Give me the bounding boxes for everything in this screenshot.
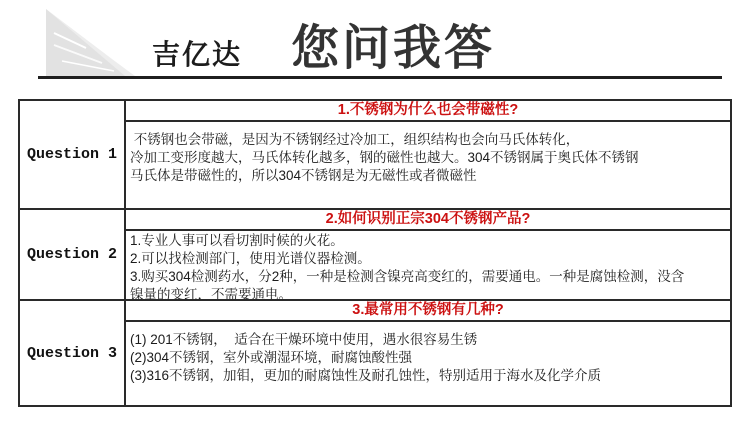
answer-line: 3.购买304检测药水，分2种，一种是检测含镍亮高变红的，需要通电。一种是腐蚀检… [130,268,726,286]
question-cell: 2.如何识别正宗304不锈钢产品? 1.专业人事可以看切割时候的火花。 2.可以… [126,210,730,299]
question-cell: 3.最常用不锈钢有几种? (1) 201不锈钢， 适合在干燥环境中使用，遇水很容… [126,301,730,405]
answer-line: 不锈钢也会带磁，是因为不锈钢经过冷加工，组织结构也会向马氏体转化， [130,131,726,149]
answer-text: (1) 201不锈钢， 适合在干燥环境中使用，遇水很容易生锈 (2)304不锈钢… [126,322,730,405]
question-label: Question 3 [20,301,126,405]
table-row: Question 3 3.最常用不锈钢有几种? (1) 201不锈钢， 适合在干… [20,301,730,405]
answer-line: 马氏体是带磁性的，所以304不锈钢是为无磁性或者微磁性 [130,167,726,185]
page-title: 您问我答 [291,25,495,73]
question-cell: 1.不锈钢为什么也会带磁性? 不锈钢也会带磁，是因为不锈钢经过冷加工，组织结构也… [126,101,730,208]
header-divider [38,76,722,79]
page-header: 吉亿达 您问我答 [0,0,750,96]
qa-table: Question 1 1.不锈钢为什么也会带磁性? 不锈钢也会带磁，是因为不锈钢… [18,99,732,407]
question-label: Question 2 [20,210,126,299]
question-title: 1.不锈钢为什么也会带磁性? [126,101,730,122]
answer-line: (1) 201不锈钢， 适合在干燥环境中使用，遇水很容易生锈 [130,331,726,349]
question-label: Question 1 [20,101,126,208]
answer-line: (3)316不锈钢，加钼，更加的耐腐蚀性及耐孔蚀性，特别适用于海水及化学介质 [130,367,726,385]
table-row: Question 1 1.不锈钢为什么也会带磁性? 不锈钢也会带磁，是因为不锈钢… [20,101,730,210]
answer-line: 镍量的变红，不需要通电。 [130,286,726,299]
answer-line: 1.专业人事可以看切割时候的火花。 [130,232,726,250]
question-title: 2.如何识别正宗304不锈钢产品? [126,210,730,231]
table-row: Question 2 2.如何识别正宗304不锈钢产品? 1.专业人事可以看切割… [20,210,730,301]
answer-text: 1.专业人事可以看切割时候的火花。 2.可以找检测部门，使用光谱仪器检测。 3.… [126,231,730,299]
answer-line: 冷加工变形度越大，马氏体转化越多，钢的磁性也越大。304不锈钢属于奥氏体不锈钢 [130,149,726,167]
qa-banner-page: 吉亿达 您问我答 Question 1 1.不锈钢为什么也会带磁性? 不锈钢也会… [0,0,750,427]
question-title: 3.最常用不锈钢有几种? [126,301,730,322]
answer-line: 2.可以找检测部门，使用光谱仪器检测。 [130,250,726,268]
answer-line: (2)304不锈钢，室外或潮湿环境，耐腐蚀酸性强 [130,349,726,367]
brand-name: 吉亿达 [152,41,242,69]
gray-wedge-logo-icon [42,7,136,78]
answer-text: 不锈钢也会带磁，是因为不锈钢经过冷加工，组织结构也会向马氏体转化， 冷加工变形度… [126,122,730,208]
